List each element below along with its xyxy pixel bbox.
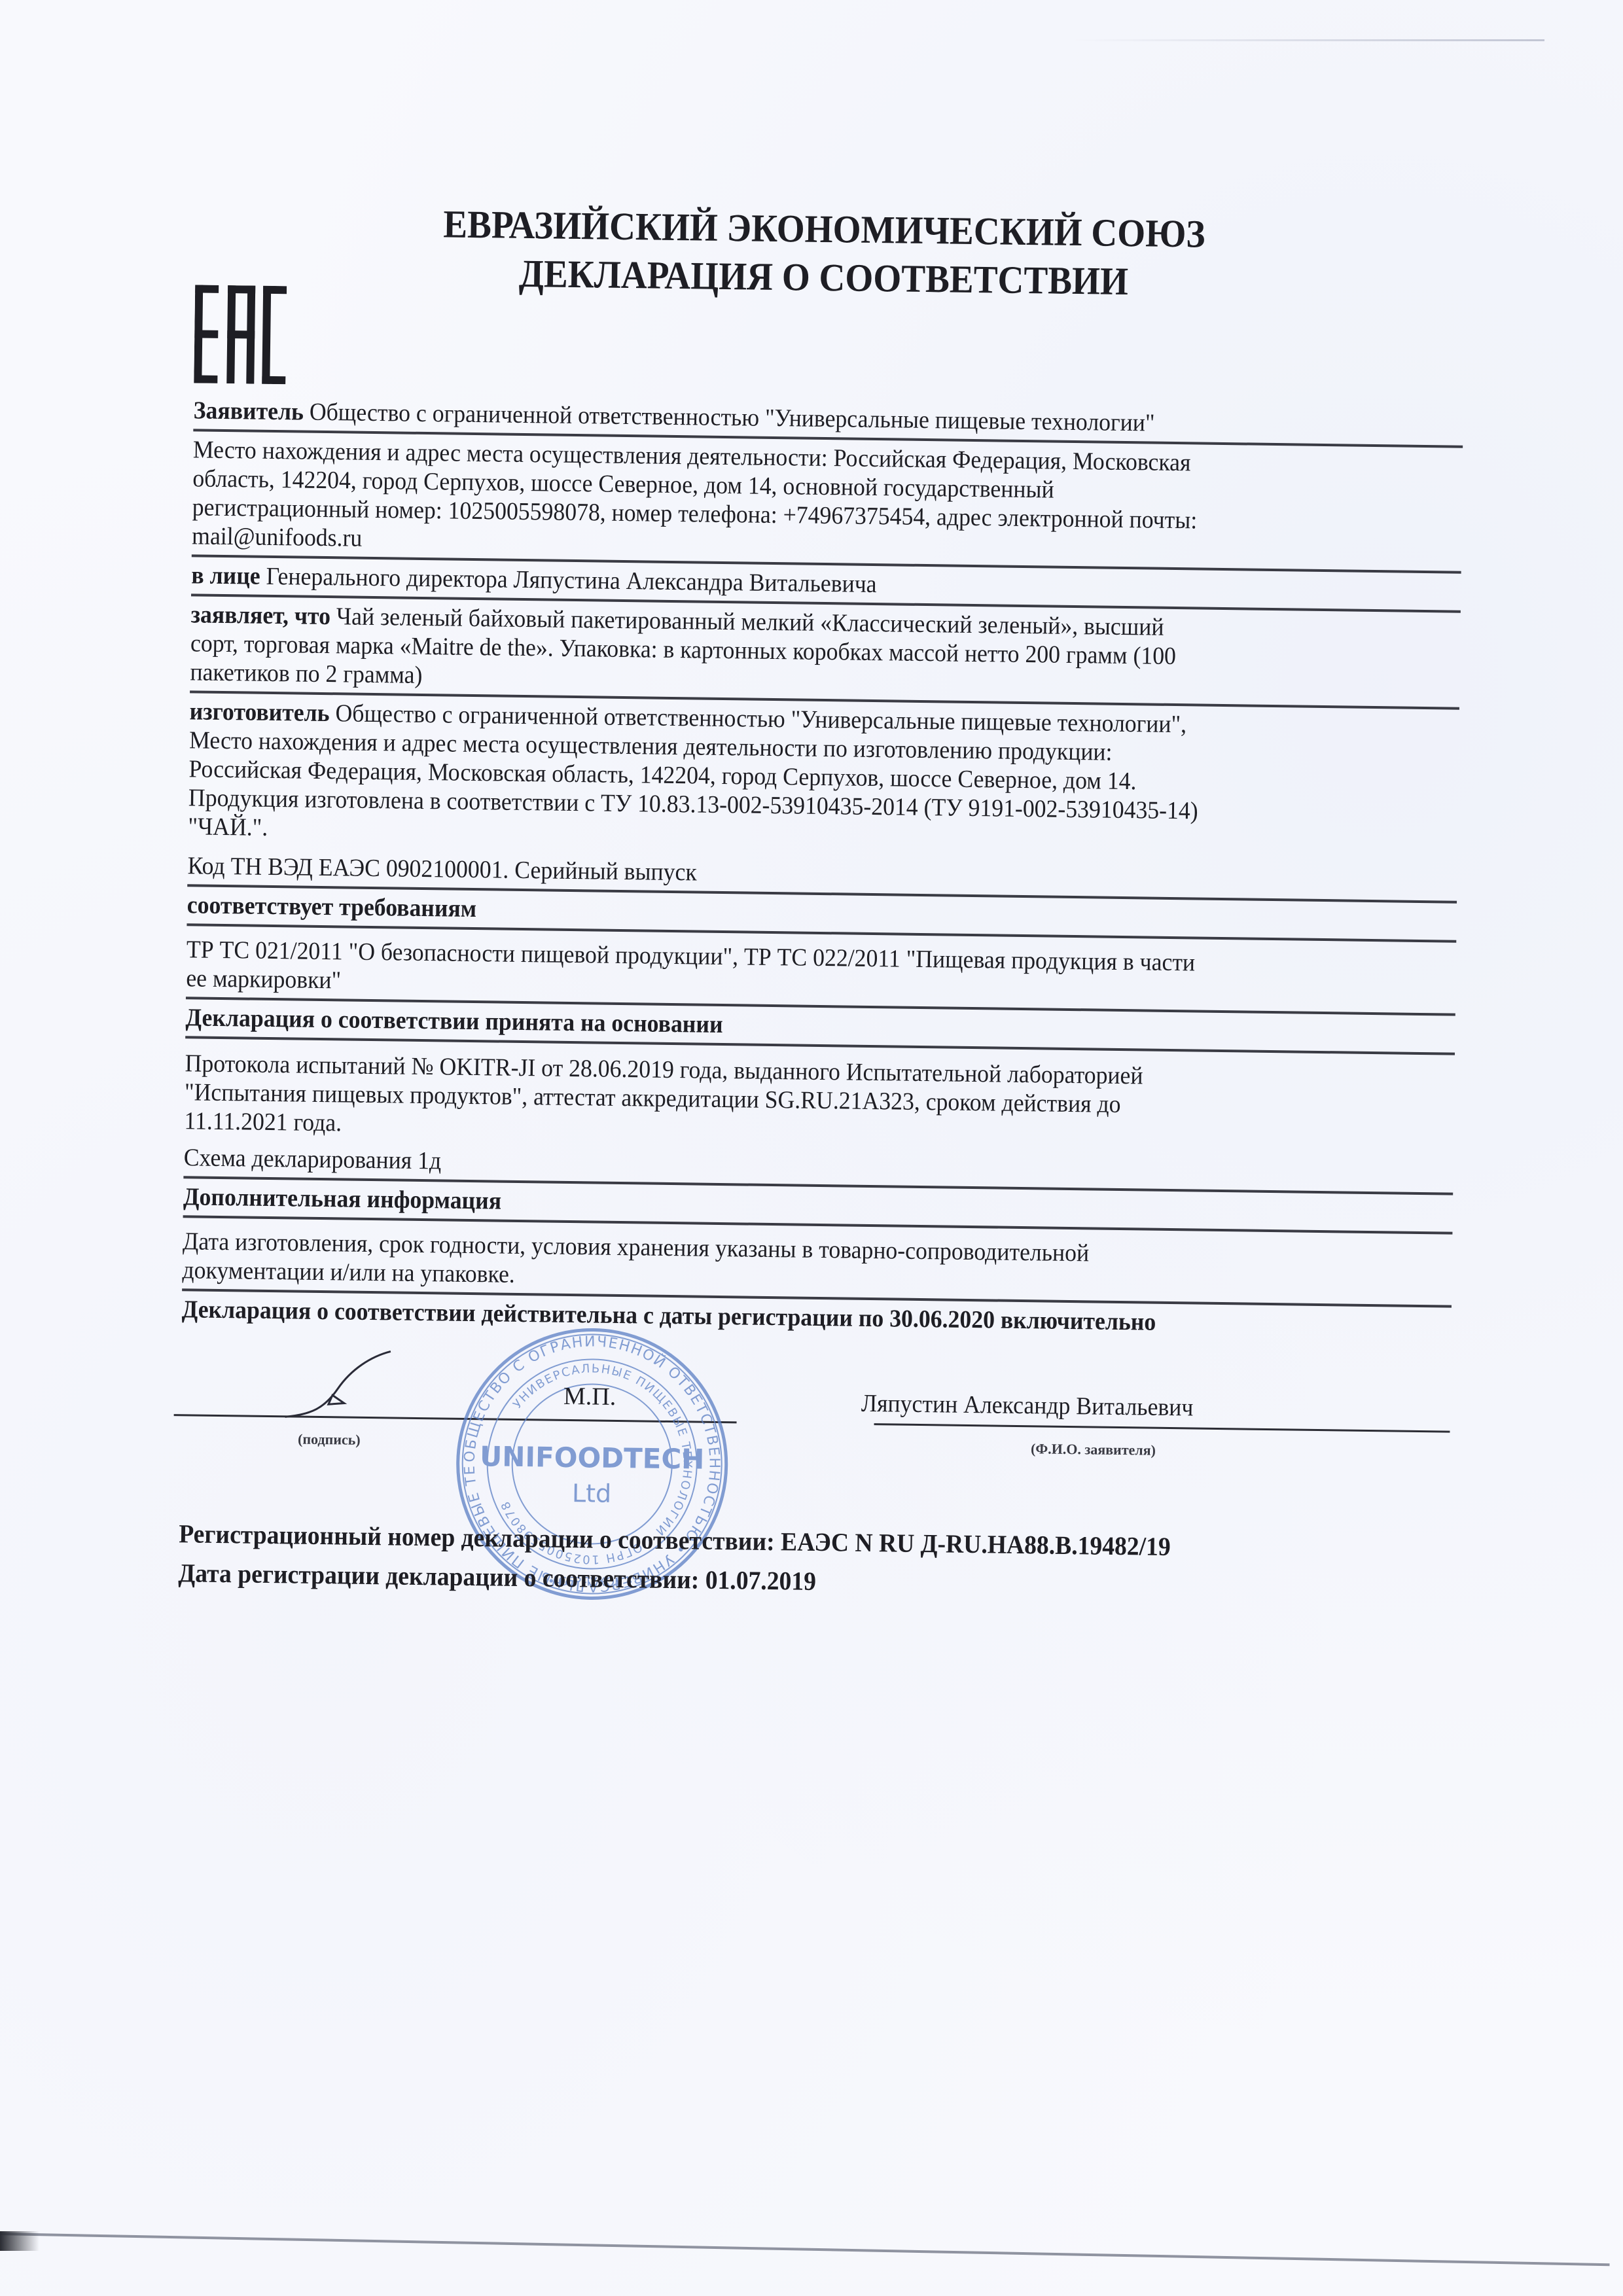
seal-label: М.П. [563,1382,616,1411]
declares-label: заявляет, что [190,601,330,630]
signature-caption: (подпись) [298,1425,361,1455]
scan-edge-top [1073,39,1544,41]
signer-caption: (Ф.И.О. заявителя) [1031,1434,1156,1464]
basis-section: Протокола испытаний № OKITR-JI от 28.06.… [184,1042,1455,1156]
stamp-center-text: UNIFOODTECH [480,1440,705,1475]
additional-section: Дата изготовления, срок годности, услови… [182,1222,1452,1307]
requirement-line: ее маркировки" [186,964,341,995]
scan-shadow [0,2231,39,2251]
basis-heading: Декларация о соответствии принята на осн… [185,1003,723,1039]
represented-by-label: в лице [191,561,260,590]
signer-name: Ляпустин Александр Витальевич [861,1389,1215,1422]
address-section: Место нахождения и адрес места осуществл… [192,435,1463,573]
additional-line: документации и/или на упаковке. [182,1256,515,1289]
hs-code-text: Код ТН ВЭД ЕАЭС 0902100001. Серийный вып… [187,851,697,887]
declaration-page: ЕВРАЗИЙСКИЙ ЭКОНОМИЧЕСКИЙ СОЮЗ ДЕКЛАРАЦИ… [175,196,1472,310]
email-text: mail@unifoods.ru [192,521,363,552]
signature-icon [272,1349,404,1422]
manufacturer-section: изготовитель Общество с ограниченной отв… [188,697,1459,861]
declaration-scheme: Схема декларирования 1д [183,1143,441,1175]
requirements-heading: соответствует требованиям [187,891,477,923]
registration-date-value: 01.07.2019 [705,1565,816,1596]
registration-number-label: Регистрационный номер декларации о соотв… [179,1519,775,1556]
eac-logo-icon [194,285,287,384]
registration-date-label: Дата регистрации декларации о соответств… [178,1558,699,1594]
registration-number-value: ЕАЭС N RU Д-RU.HA88.B.19482/19 [781,1527,1171,1561]
manufacturer-label: изготовитель [189,698,329,727]
additional-heading: Дополнительная информация [183,1182,502,1215]
declares-section: заявляет, что Чай зеленый байховый пакет… [190,600,1461,709]
manufacturer-line: "ЧАЙ.". [188,812,268,842]
stamp-center-sub: Ltd [572,1479,612,1508]
declaration-body: Заявитель Общество с ограниченной ответс… [178,396,1463,1606]
basis-line: 11.11.2021 года. [184,1106,342,1137]
represented-by-value: Генерального директора Ляпустина Алексан… [266,563,876,598]
signer-name-line [874,1423,1450,1433]
requirements-section: ТР ТС 021/2011 "О безопасности пищевой п… [186,930,1456,1016]
product-line: пакетиков по 2 грамма) [190,658,423,690]
applicant-label: Заявитель [193,397,304,425]
document-header: ЕВРАЗИЙСКИЙ ЭКОНОМИЧЕСКИЙ СОЮЗ ДЕКЛАРАЦИ… [227,197,1420,309]
